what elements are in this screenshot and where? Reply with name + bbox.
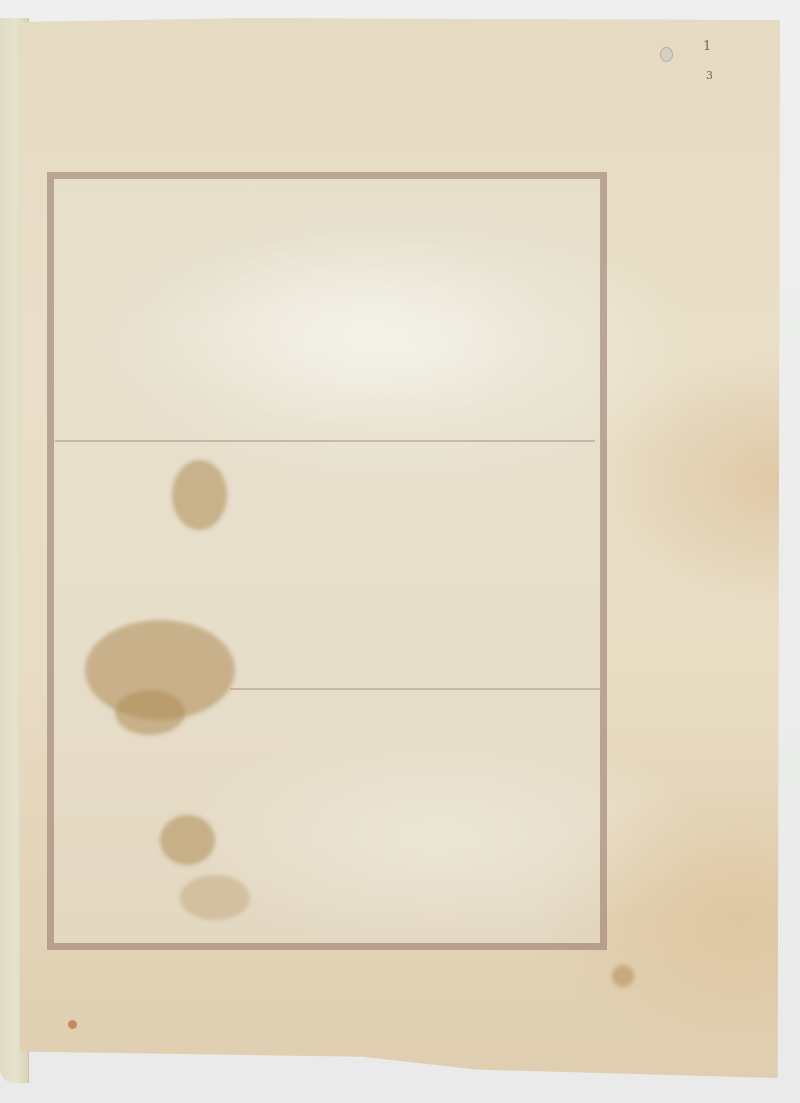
water-stain bbox=[172, 460, 227, 530]
ruled-text-frame bbox=[47, 172, 607, 950]
folio-number-upper: 1 bbox=[703, 40, 711, 53]
show-through-rubric-line bbox=[230, 688, 600, 690]
folio-number-lower: 3 bbox=[706, 70, 713, 81]
water-stain bbox=[180, 875, 250, 920]
water-stain bbox=[115, 690, 185, 735]
water-stain bbox=[612, 965, 634, 987]
show-through-rubric-line bbox=[55, 440, 595, 442]
water-stain bbox=[160, 815, 215, 865]
parchment-hole bbox=[660, 47, 673, 62]
wax-spot bbox=[68, 1020, 77, 1029]
